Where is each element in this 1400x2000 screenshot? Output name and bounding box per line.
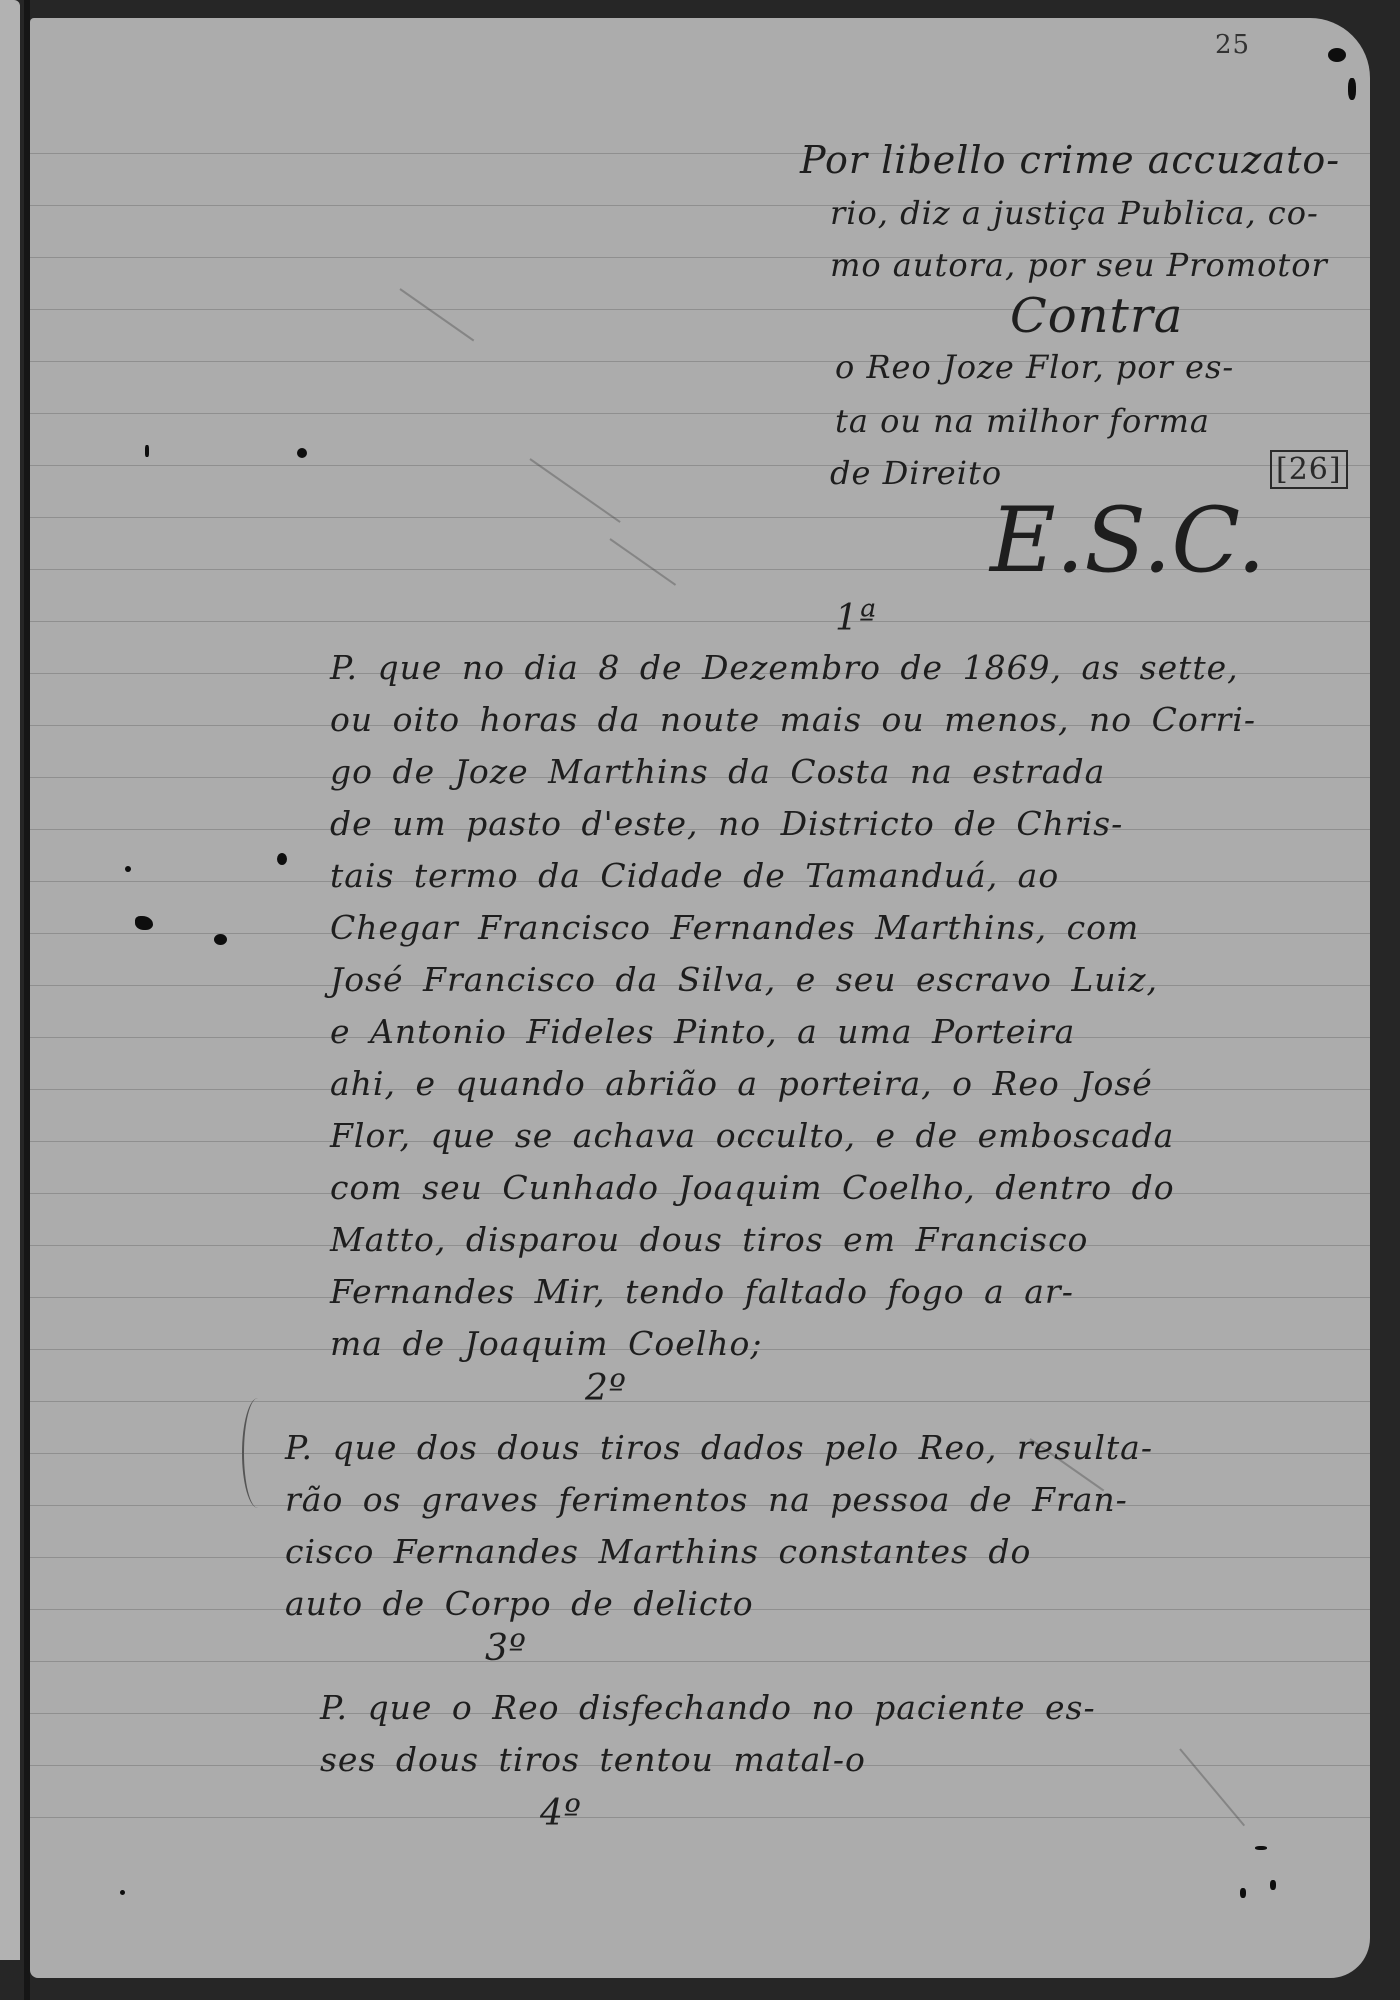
ruled-line xyxy=(30,621,1370,622)
paper-hole xyxy=(145,445,149,457)
defendant-line-3: de Direito xyxy=(830,454,1002,492)
ink-blot xyxy=(1328,48,1346,62)
folio-number: 25 xyxy=(1215,30,1250,60)
article-1-line: Flor, que se achava occulto, e de embosc… xyxy=(330,1116,1174,1155)
article-1-line: com seu Cunhado Joaquim Coelho, dentro d… xyxy=(330,1168,1175,1207)
paper-hole xyxy=(277,853,287,865)
ruled-line xyxy=(30,1817,1370,1818)
article-2-line: rão os graves ferimentos na pessoa de Fr… xyxy=(285,1480,1128,1519)
bleed-through-mark xyxy=(1179,1748,1245,1826)
paper-hole xyxy=(125,866,131,872)
article-1-line: e Antonio Fideles Pinto, a uma Porteira xyxy=(330,1012,1075,1051)
article-1-line: Matto, disparou dous tiros em Francisco xyxy=(330,1220,1088,1259)
article-1-line: ma de Joaquim Coelho; xyxy=(330,1324,763,1363)
paper-hole xyxy=(214,934,227,945)
defendant-line-1: o Reo Joze Flor, por es- xyxy=(835,348,1234,386)
article-1-line: go de Joze Marthins da Costa na estrada xyxy=(330,752,1105,791)
article-3-line: P. que o Reo disfechando no paciente es- xyxy=(320,1688,1096,1727)
article-1-line: ahi, e quando abrião a porteira, o Reo J… xyxy=(330,1064,1153,1103)
article-1-line: José Francisco da Silva, e seu escravo L… xyxy=(330,960,1158,999)
bleed-through-mark xyxy=(529,458,620,523)
article-1-line: tais termo da Cidade de Tamanduá, ao xyxy=(330,856,1059,895)
paper-hole xyxy=(297,448,307,458)
ruled-line xyxy=(30,1401,1370,1402)
article-1-line: ou oito horas da noute mais ou menos, no… xyxy=(330,700,1256,739)
ink-blot xyxy=(1255,1846,1267,1850)
heading-line-1: Por libello crime accuzato- xyxy=(800,138,1340,182)
ink-blot xyxy=(1348,78,1356,100)
paper-hole xyxy=(135,916,153,930)
ink-blot xyxy=(1270,1880,1276,1890)
article-1-line: Fernandes Mir, tendo faltado fogo a ar- xyxy=(330,1272,1074,1311)
ruled-line xyxy=(30,1661,1370,1662)
ink-blot xyxy=(1240,1888,1246,1898)
article-1-line: P. que no dia 8 de Dezembro de 1869, as … xyxy=(330,648,1239,687)
defendant-line-2: ta ou na milhor forma xyxy=(835,402,1210,440)
ruled-line xyxy=(30,465,1370,466)
heading-contra: Contra xyxy=(1010,288,1183,344)
article-number: 4º xyxy=(540,1793,582,1834)
article-number: 3º xyxy=(485,1628,527,1669)
article-number: 2º xyxy=(585,1368,627,1409)
manuscript-page: 25 [26] Por libello crime accuzato- rio,… xyxy=(30,18,1370,1978)
article-2-line: cisco Fernandes Marthins constantes do xyxy=(285,1532,1031,1571)
bleed-through-mark xyxy=(609,538,676,586)
article-2-line: auto de Corpo de delicto xyxy=(285,1584,754,1623)
article-number: 1ª xyxy=(835,598,877,639)
archive-page-number: [26] xyxy=(1270,450,1348,489)
heading-line-2: rio, diz a justiça Publica, co- xyxy=(830,194,1319,232)
article-2-line: P. que dos dous tiros dados pelo Reo, re… xyxy=(285,1428,1153,1467)
adjacent-page-edge xyxy=(0,0,20,1960)
article-1-line: Chegar Francisco Fernandes Marthins, com xyxy=(330,908,1139,947)
margin-parenthesis-mark xyxy=(242,1398,274,1508)
signature-flourish: E.S.C. xyxy=(990,488,1266,593)
article-3-line: ses dous tiros tentou matal-o xyxy=(320,1740,866,1779)
bleed-through-mark xyxy=(399,288,474,341)
heading-line-3: mo autora, por seu Promotor xyxy=(830,246,1328,284)
paper-hole xyxy=(120,1890,125,1895)
article-1-line: de um pasto d'este, no Districto de Chri… xyxy=(330,804,1123,843)
